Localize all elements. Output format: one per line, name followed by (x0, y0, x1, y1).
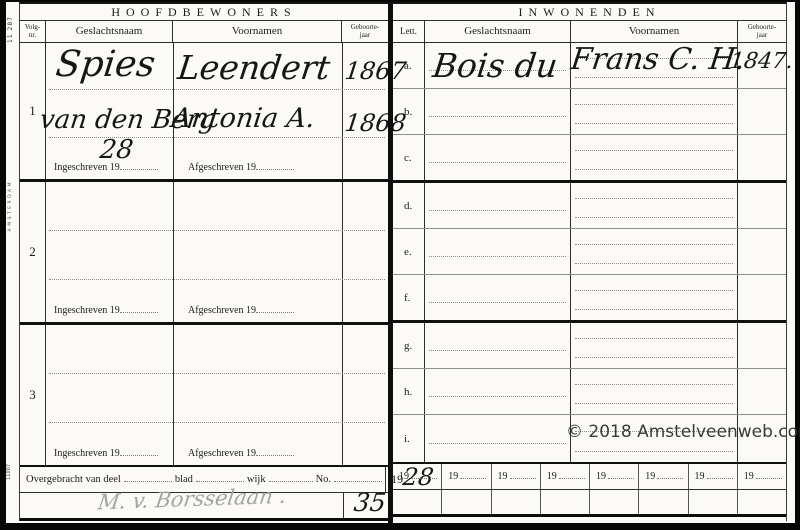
row-letter: b. (393, 89, 425, 134)
firstnames-cell (571, 323, 738, 368)
column-divider (173, 182, 174, 322)
lodger-row-e: e. (393, 229, 786, 275)
birthyear-cell (738, 135, 786, 180)
row-number: 3 (20, 325, 46, 465)
inwonenden-title: INWONENDEN (393, 4, 786, 21)
surname-cell (425, 183, 571, 228)
surname-cell: Bois du (425, 43, 571, 88)
handwritten-firstname: Frans C. H. (569, 45, 747, 75)
writing-line (49, 373, 385, 374)
handwritten-firstname: Antonia A. (170, 105, 316, 132)
lodger-row-a: a. Bois du Frans C. H. 1847. (393, 43, 786, 89)
birthyear-cell (738, 229, 786, 274)
surname-cell (425, 229, 571, 274)
row-number: 2 (20, 182, 46, 322)
birthyear-cell (738, 369, 786, 414)
column-header-geslachtsnaam: Geslachtsnaam (46, 21, 173, 42)
writing-line (49, 230, 385, 231)
column-header-geboortejaar: Geboorte-jaar (738, 21, 786, 42)
surname-cell (425, 415, 571, 462)
year-cell: 19 (738, 464, 786, 489)
handwritten-house-number: 35 (352, 490, 387, 515)
column-header-voornamen: Voornamen (571, 21, 738, 42)
writing-line (575, 77, 733, 78)
firstnames-cell (571, 135, 738, 180)
writing-line (49, 422, 385, 423)
writing-line (49, 137, 385, 138)
firstnames-cell (571, 89, 738, 134)
column-divider (342, 182, 343, 322)
column-divider (342, 325, 343, 465)
firstnames-cell (571, 229, 738, 274)
row-body: Spies Leendert 1867 van den Berg Antonia… (46, 43, 388, 179)
lodger-row-c: c. (393, 135, 786, 183)
handwritten-registration-year: 28 (98, 137, 134, 163)
firstnames-cell: Frans C. H. (571, 43, 738, 88)
copyright-watermark: © 2018 Amstelveenweb.com (566, 422, 800, 442)
lodger-row-h: h. (393, 369, 786, 415)
hoofdbewoners-column-headers: Volg-nr. Geslachtsnaam Voornamen Geboort… (20, 21, 388, 43)
afgeschreven-label: Afgeschreven 19 (188, 161, 294, 173)
row-letter: a. (393, 43, 425, 88)
row-letter: d. (393, 183, 425, 228)
lodger-row-f: f. (393, 275, 786, 323)
form-number-mark: 11007 (6, 464, 12, 480)
column-header-voornamen: Voornamen (173, 21, 342, 42)
year-cell: 19 (639, 464, 688, 489)
form-serial-mark: 11 287 (7, 16, 14, 43)
column-header-volgnr: Volg-nr. (20, 21, 46, 42)
year-cell: 19 (492, 464, 541, 489)
birthyear-cell: 1847. (738, 43, 786, 88)
inwonenden-section: INWONENDEN Lett. Geslachtsnaam Voornamen… (393, 2, 787, 521)
hoofdbewoners-title: HOOFDBEWONERS (20, 4, 388, 21)
birthyear-cell (738, 275, 786, 320)
handwritten-surname: Bois du (431, 49, 560, 82)
row-letter: f. (393, 275, 425, 320)
lodger-row-b: b. (393, 89, 786, 135)
ingeschreven-label: Ingeschreven 19 (54, 447, 158, 459)
year-cell: 19 (590, 464, 639, 489)
resident-row-3: 3 Ingeschreven 19 Afgeschreven 19 (20, 325, 388, 467)
surname-cell (425, 323, 571, 368)
column-header-lett: Lett. (393, 21, 425, 42)
row-body: Ingeschreven 19 Afgeschreven 19 (46, 325, 388, 465)
lodger-row-d: d. (393, 183, 786, 229)
column-divider (342, 43, 343, 179)
year-columns-row: 19 19 19 19 19 19 19 19 (393, 464, 786, 490)
year-cell: 19 (442, 464, 491, 489)
blank-bottom-row (393, 490, 786, 517)
row-letter: h. (393, 369, 425, 414)
birthyear-cell (738, 183, 786, 228)
year-cell: 19 (393, 464, 442, 489)
afgeschreven-label: Afgeschreven 19 (188, 447, 294, 459)
resident-row-1: 1 Spies Leendert 1867 van den Berg Anton… (20, 43, 388, 182)
birthyear-cell (738, 89, 786, 134)
firstnames-cell (571, 183, 738, 228)
printer-imprint-mark: AMSTERDAM (8, 180, 13, 231)
resident-row-2: 2 Ingeschreven 19 Afgeschreven 19 (20, 182, 388, 325)
hoofdbewoners-section: HOOFDBEWONERS Volg-nr. Geslachtsnaam Voo… (19, 2, 388, 521)
handwritten-firstname: Leendert (176, 51, 332, 84)
surname-cell (425, 89, 571, 134)
column-header-geboortejaar: Geboorte-jaar (342, 21, 388, 42)
writing-line (49, 279, 385, 280)
afgeschreven-label: Afgeschreven 19 (188, 304, 294, 316)
column-divider (173, 325, 174, 465)
surname-cell (425, 135, 571, 180)
birthyear-cell (738, 323, 786, 368)
surname-cell (425, 275, 571, 320)
year-cell: 19 (689, 464, 738, 489)
row-letter: c. (393, 135, 425, 180)
handwritten-surname: Spies (54, 47, 157, 83)
handwritten-birthyear: 1847. (729, 51, 795, 73)
ingeschreven-label: Ingeschreven 19 (54, 161, 158, 173)
year-cell: 19 (541, 464, 590, 489)
row-letter: e. (393, 229, 425, 274)
row-letter: g. (393, 323, 425, 368)
street-row: M. v. Borsselaan . 35 (20, 493, 388, 521)
firstnames-cell (571, 275, 738, 320)
register-sheet: 11 287 AMSTERDAM 11007 HOOFDBEWONERS Vol… (6, 2, 795, 523)
lodger-row-g: g. (393, 323, 786, 369)
firstnames-cell (571, 369, 738, 414)
house-number-box: 35 (343, 493, 388, 518)
inwonenden-column-headers: Lett. Geslachtsnaam Voornamen Geboorte-j… (393, 21, 786, 43)
row-body: Ingeschreven 19 Afgeschreven 19 (46, 182, 388, 322)
column-header-geslachtsnaam: Geslachtsnaam (425, 21, 571, 42)
row-letter: i. (393, 415, 425, 462)
ingeschreven-label: Ingeschreven 19 (54, 304, 158, 316)
writing-line (49, 89, 385, 90)
surname-cell (425, 369, 571, 414)
